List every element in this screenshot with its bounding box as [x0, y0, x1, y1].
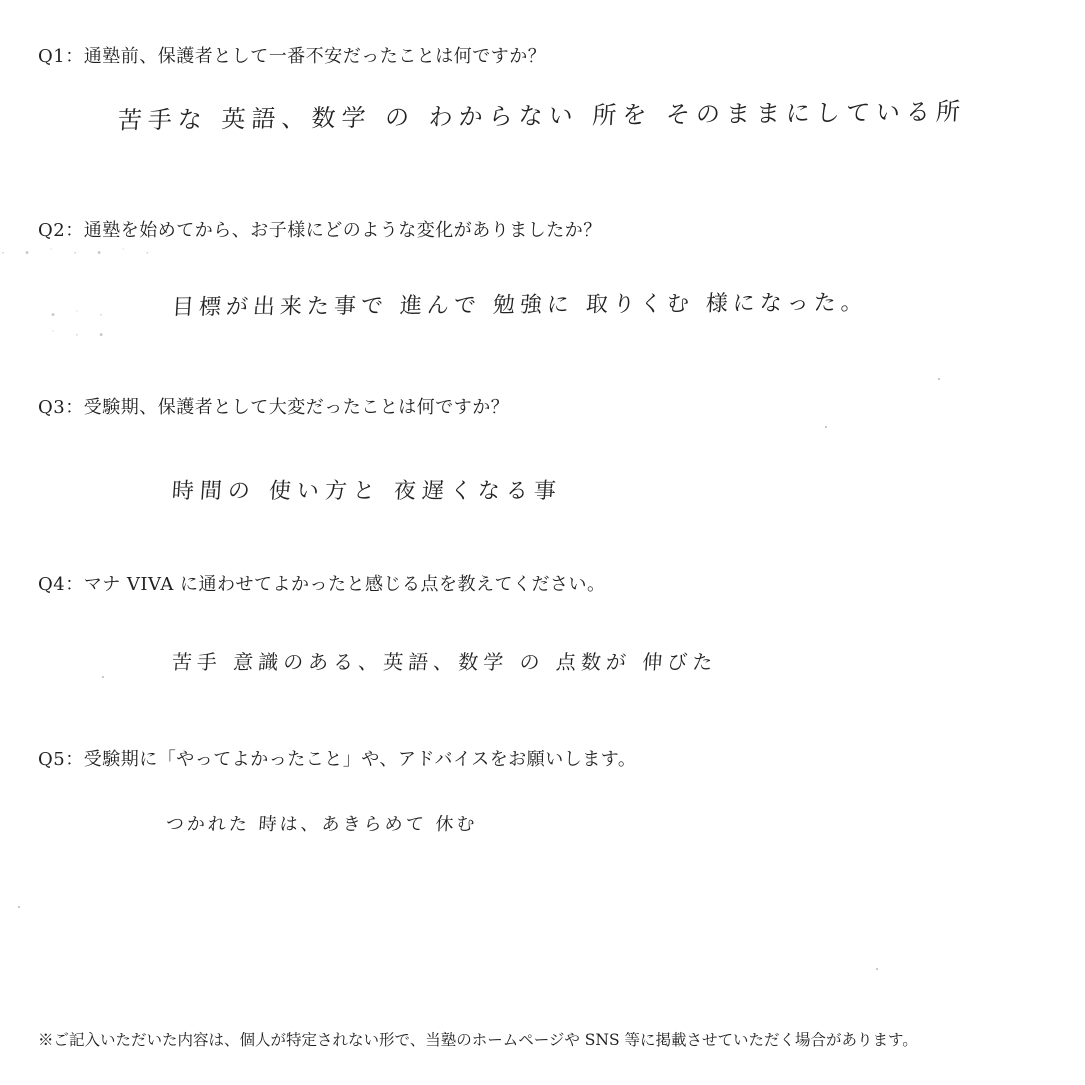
- question-3-answer: 時間の 使い方と 夜遅くなる事: [171, 474, 563, 505]
- question-3-label: Q3：受験期、保護者として大変だったことは何ですか？: [38, 393, 509, 419]
- question-2-answer: 目標が出来た事で 進んで 勉強に 取りくむ 様になった。: [171, 286, 869, 322]
- scan-speck: [18, 906, 20, 908]
- scan-speck: [876, 968, 878, 970]
- scan-speck: [938, 378, 940, 380]
- questionnaire-page: · ∙ ˙ · ∙ ˙ · ∙ ˙ · ˙ · ∙ Q1：通塾前、保護者として一…: [0, 0, 1085, 1085]
- scan-noise: ∙ ˙ ·: [50, 310, 110, 321]
- question-5-answer: つかれた 時は、あきらめて 休む: [165, 810, 478, 836]
- question-1-label: Q1：通塾前、保護者として一番不安だったことは何ですか？: [38, 42, 546, 68]
- question-4-answer: 苦手 意識のある、英語、数学 の 点数が 伸びた: [171, 646, 718, 675]
- scan-noise: ˙ · ∙: [50, 330, 110, 341]
- scan-noise: · ∙ ˙ · ∙ ˙ ·: [0, 248, 156, 259]
- scan-speck: [825, 426, 827, 428]
- question-1-answer: 苦手な 英語、数学 の わからない 所を そのままにしている所: [117, 92, 967, 136]
- scan-speck: [102, 676, 104, 678]
- question-4-label: Q4：マナ VIVA に通わせてよかったと感じる点を教えてください。: [38, 570, 606, 596]
- footer-disclaimer: ※ご記入いただいた内容は、個人が特定されない形で、当塾のホームページや SNS …: [38, 1028, 918, 1050]
- question-5-label: Q5：受験期に「やってよかったこと」や、アドバイスをお願いします。: [38, 745, 636, 771]
- question-2-label: Q2：通塾を始めてから、お子様にどのような変化がありましたか？: [38, 216, 602, 242]
